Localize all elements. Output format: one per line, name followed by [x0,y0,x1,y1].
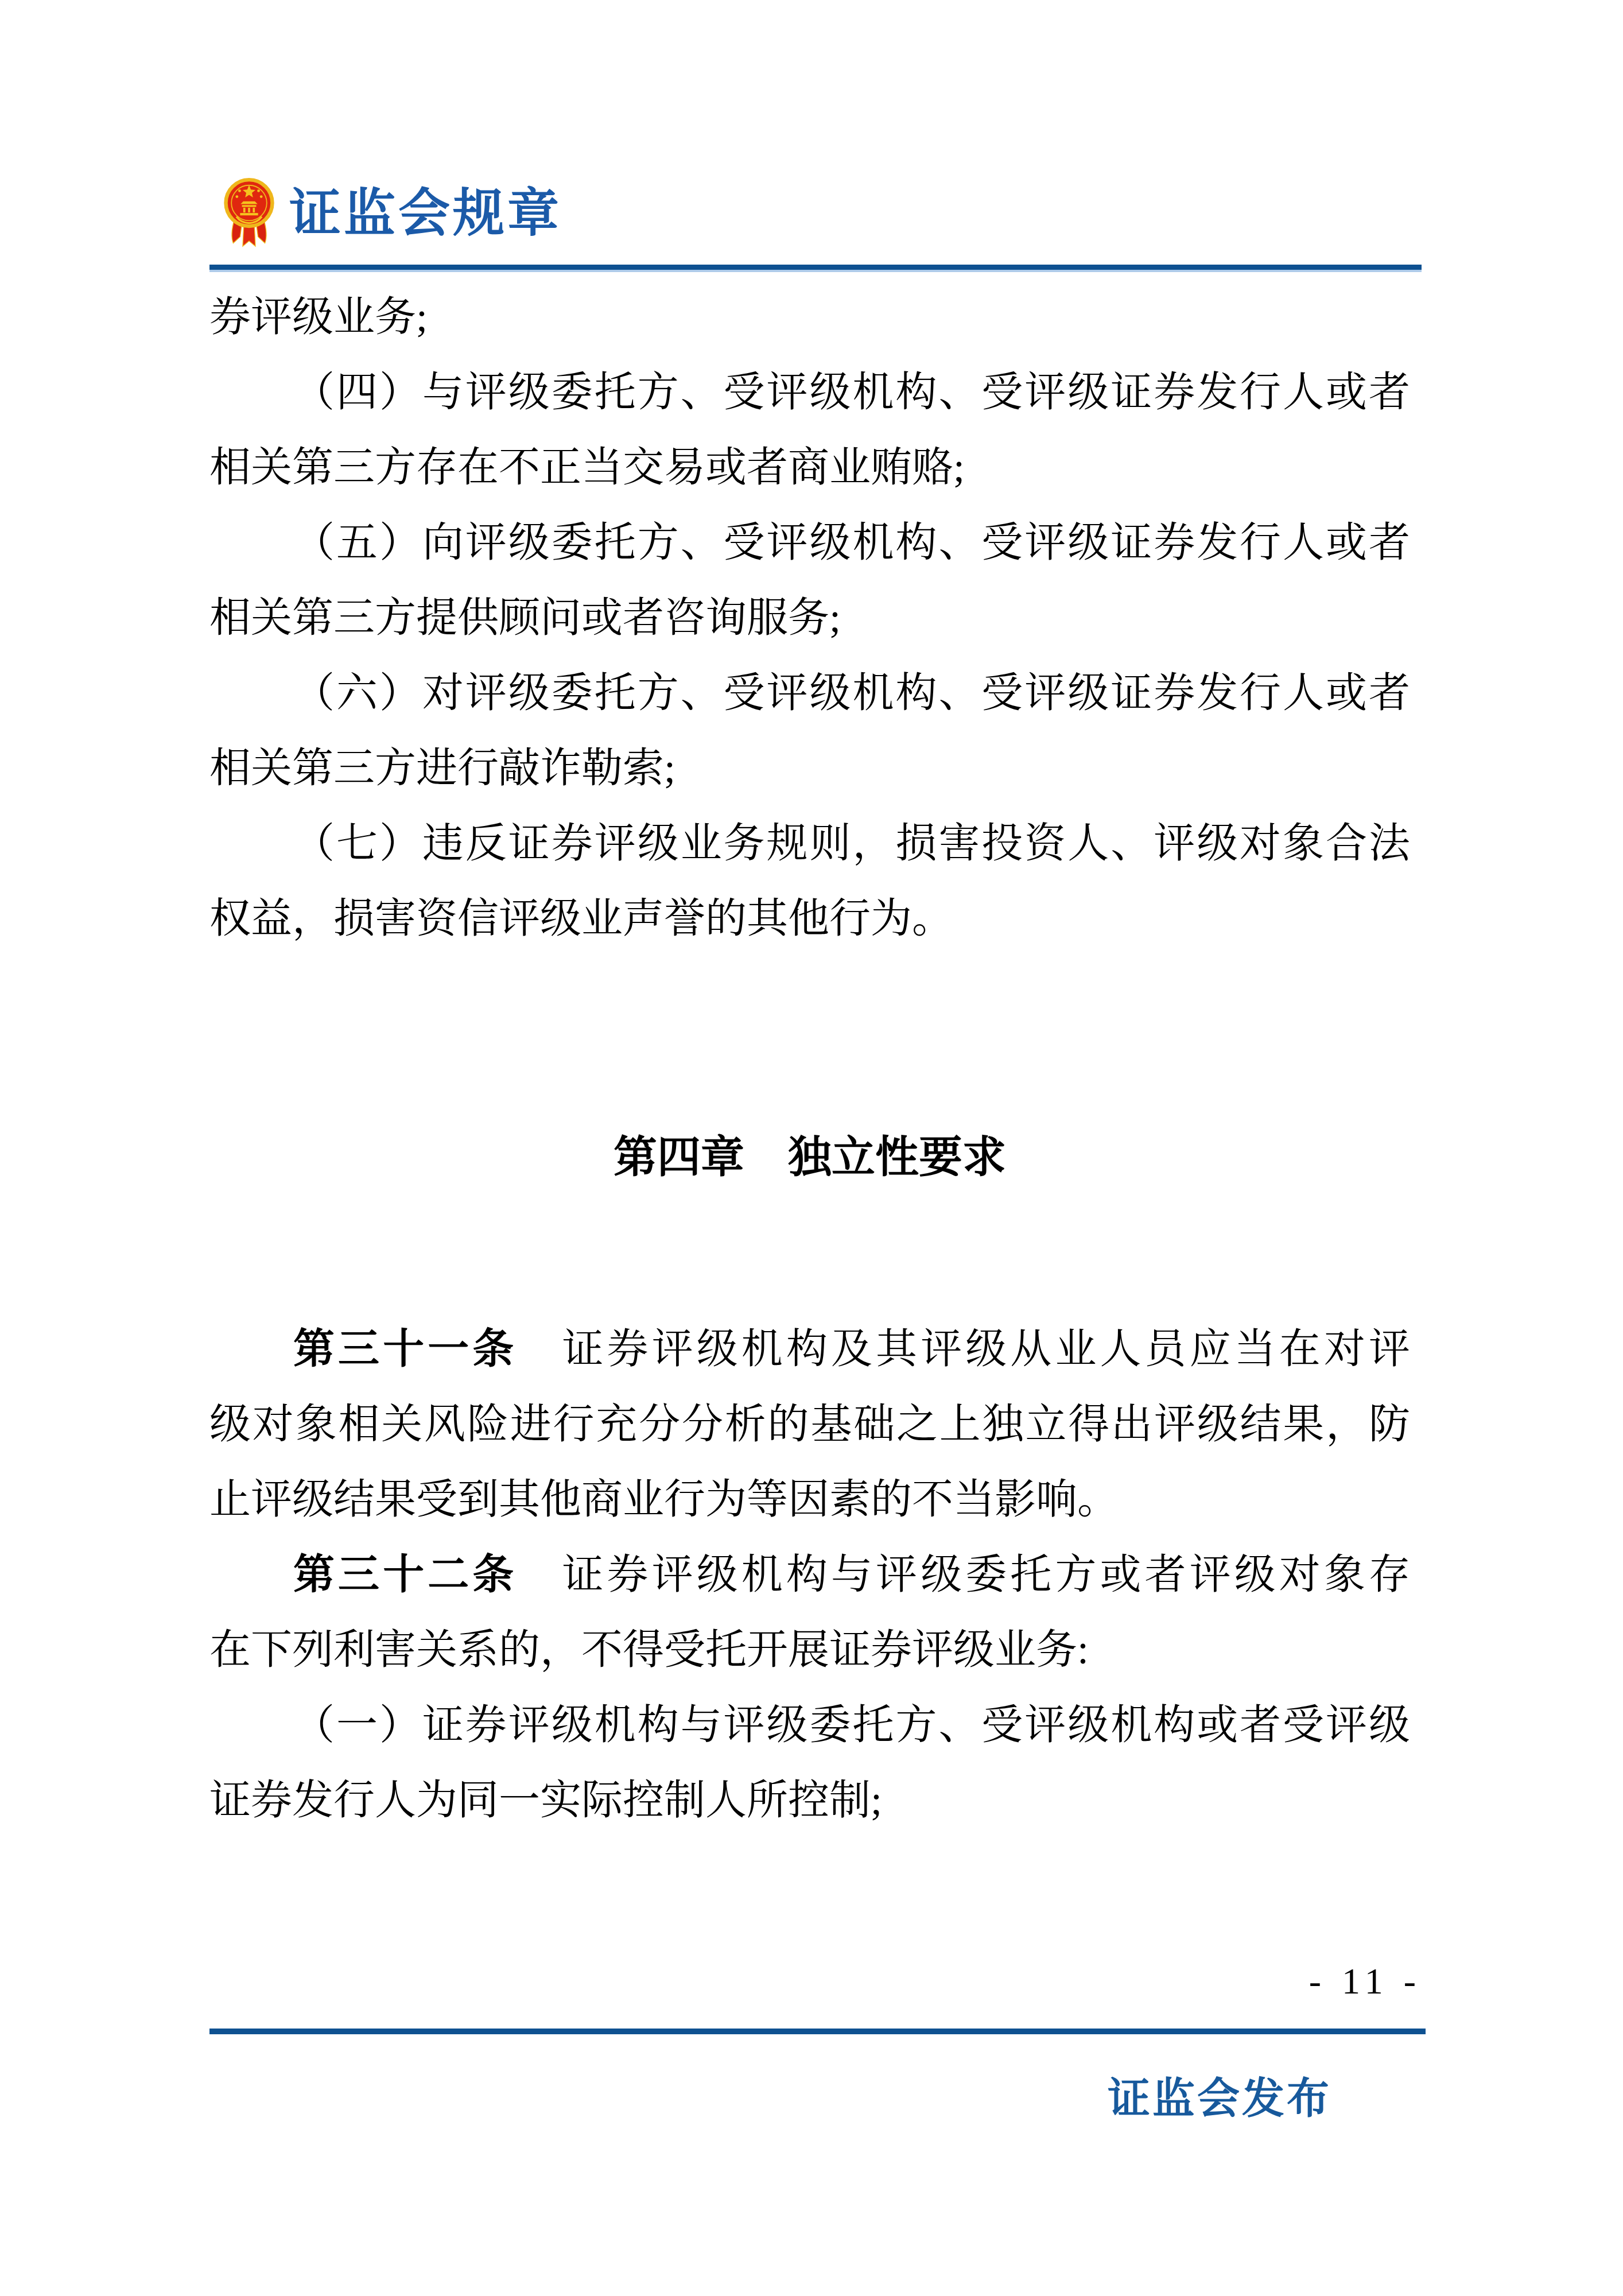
body-line: 相关第三方提供顾问或者咨询服务; [209,580,1410,656]
national-emblem-icon [223,176,275,251]
body-line: （六）对评级委托方、受评级机构、受评级证券发行人或者 [209,656,1410,731]
header-title: 证监会规章 [289,183,562,246]
publisher-label: 证监会发布 [209,2068,1331,2131]
document-page: 证监会规章 券评级业务; （四）与评级委托方、受评级机构、受评级证券发行人或者 … [0,0,1623,2296]
header-rule [209,265,1422,270]
article-number: 第三十一条 [293,1326,517,1372]
body-line article-lead: 第三十二条 证券评级机构与评级委托方或者评级对象存 [209,1537,1410,1612]
page-number: - 11 - [209,1954,1422,2008]
body-line: 级对象相关风险进行充分分析的基础之上独立得出评级结果，防 [209,1387,1410,1462]
body-line: 止评级结果受到其他商业行为等因素的不当影响。 [209,1462,1410,1537]
body-line: （一）证券评级机构与评级委托方、受评级机构或者受评级 [209,1688,1410,1763]
body-line: 证券发行人为同一实际控制人所控制; [209,1763,1410,1838]
body-line article-lead: 第三十一条 证券评级机构及其评级从业人员应当在对评 [209,1312,1410,1387]
article-number: 第三十二条 [293,1552,517,1597]
body-line: （四）与评级委托方、受评级机构、受评级证券发行人或者 [209,355,1410,430]
body-line: 相关第三方存在不正当交易或者商业贿赂; [209,430,1410,505]
body-line: 券评级业务; [209,280,1410,355]
body-line: 权益，损害资信评级业声誉的其他行为。 [209,881,1410,956]
chapter-heading: 第四章 独立性要求 [209,1120,1410,1196]
document-body: 券评级业务; （四）与评级委托方、受评级机构、受评级证券发行人或者 相关第三方存… [209,280,1410,1838]
footer-rule [209,2029,1426,2034]
article-text: 证券评级机构与评级委托方或者评级对象存 [517,1552,1410,1597]
article-text: 证券评级机构及其评级从业人员应当在对评 [517,1326,1410,1372]
body-line: 在下列利害关系的，不得受托开展证券评级业务: [209,1612,1410,1688]
body-line: 相关第三方进行敲诈勒索; [209,731,1410,806]
body-line: （七）违反证券评级业务规则，损害投资人、评级对象合法 [209,806,1410,881]
body-line: （五）向评级委托方、受评级机构、受评级证券发行人或者 [209,505,1410,580]
